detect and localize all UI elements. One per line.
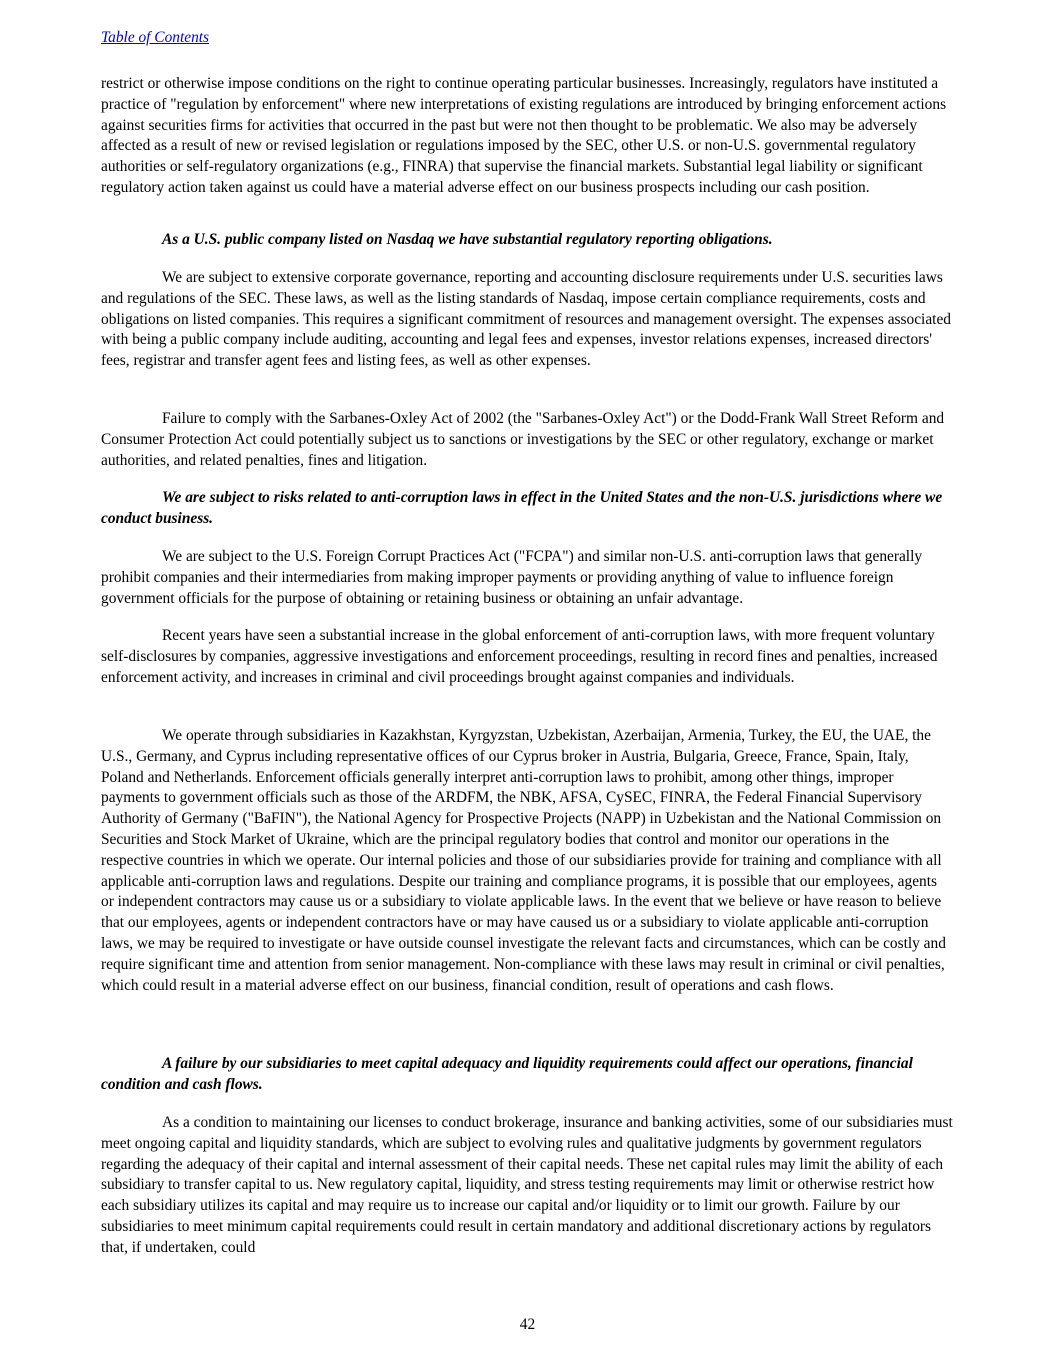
- paragraph-capital-liquidity-standards: As a condition to maintaining our licens…: [101, 1113, 953, 1259]
- paragraph-global-enforcement: Recent years have seen a substantial inc…: [101, 626, 953, 688]
- paragraph-regulation-by-enforcement: restrict or otherwise impose conditions …: [101, 74, 953, 199]
- paragraph-governance-requirements: We are subject to extensive corporate go…: [101, 268, 953, 372]
- heading-anti-corruption-risks: We are subject to risks related to anti-…: [101, 488, 953, 530]
- page-number: 42: [0, 1315, 1055, 1336]
- heading-capital-adequacy: A failure by our subsidiaries to meet ca…: [101, 1054, 953, 1096]
- paragraph-fcpa: We are subject to the U.S. Foreign Corru…: [101, 547, 953, 609]
- paragraph-subsidiaries-operations: We operate through subsidiaries in Kazak…: [101, 726, 953, 996]
- heading-public-company-obligations: As a U.S. public company listed on Nasda…: [101, 230, 953, 251]
- paragraph-sarbanes-oxley: Failure to comply with the Sarbanes-Oxle…: [101, 409, 953, 471]
- table-of-contents-link[interactable]: Table of Contents: [101, 28, 209, 49]
